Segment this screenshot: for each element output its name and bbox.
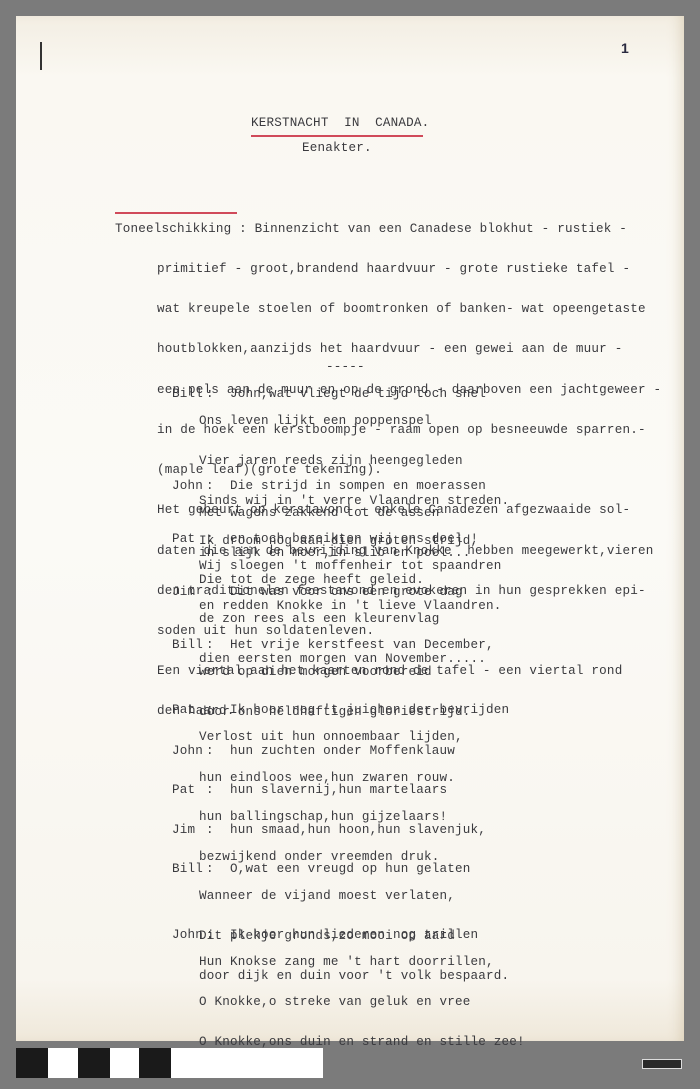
verse-line: Ik hoor hun liederen nog trillen — [230, 928, 478, 942]
verse-line: O,wat een vreugd op hun gelaten — [230, 862, 470, 876]
speaker-name: John — [172, 929, 206, 942]
setting-line: primitief - groot,brandend haardvuur - g… — [115, 263, 661, 276]
calibration-swatch-black — [139, 1048, 171, 1078]
setting-label: Toneelschikking — [115, 222, 231, 236]
section-divider: ----- — [326, 360, 365, 374]
speaker-name: Pat — [172, 704, 206, 717]
verse-line: Die strijd in sompen en moerassen — [230, 479, 486, 493]
setting-line: wat kreupele stoelen of boomtronken of b… — [115, 303, 661, 316]
document-title: KERSTNACHT IN CANADA. — [251, 116, 429, 130]
speaker-name: Bill — [172, 863, 206, 876]
speaker-name: Pat — [172, 784, 206, 797]
speaker-name: John — [172, 745, 206, 758]
verse-line: hun smaad,hun hoon,hun slavenjuk, — [230, 823, 486, 837]
document-subtitle: Eenakter. — [302, 141, 372, 155]
calibration-swatch-white — [171, 1048, 323, 1078]
title-underline — [251, 135, 423, 137]
speaker-name: Bill — [172, 639, 206, 652]
document-page: 1 KERSTNACHT IN CANADA. Eenakter. Toneel… — [16, 16, 684, 1041]
verse-line: Hun Knokse zang me 't hart doorrillen, — [141, 956, 525, 969]
verse-line: hun zuchten onder Moffenklauw — [230, 744, 455, 758]
verse-line: John,wat vliegt de tijd toch snel — [230, 387, 486, 401]
setting-line: houtblokken,aanzijds het haardvuur - een… — [115, 343, 661, 356]
page-number: 1 — [621, 40, 629, 56]
verse-line: Ik hoor nog 't juichen der bevrijden — [230, 703, 509, 717]
calibration-swatch-black — [78, 1048, 110, 1078]
verse-line: de zon rees als een kleurenvlag — [141, 613, 486, 626]
speaker-name: Jim — [172, 824, 206, 837]
speaker-name: Pat — [172, 533, 206, 546]
speaker-name: Bill — [172, 388, 206, 401]
calibration-swatch-white — [110, 1048, 139, 1078]
speaker-name: John — [172, 480, 206, 493]
verse-line: Wij sloegen 't moffenheir tot spaandren — [141, 560, 502, 573]
verse-line: Ons leven lijkt een poppenspel — [141, 415, 509, 428]
verse-line: hun slavernij,hun martelaars — [230, 783, 447, 797]
verse-line: Met wagens zakkend tot de assen — [141, 507, 486, 520]
verse-line: werd op dien morgen voorbereid — [141, 666, 494, 679]
calibration-swatch-white — [48, 1048, 78, 1078]
verse-line: en toch bereikten wij ons doel ! — [230, 532, 478, 546]
verse-line: O Knokke,o streke van geluk en vree — [141, 996, 525, 1009]
archive-label-tag — [642, 1059, 682, 1069]
setting-line: : Binnenzicht van een Canadese blokhut -… — [231, 222, 627, 236]
speaker-name: Jim — [172, 586, 206, 599]
calibration-swatch-black — [16, 1048, 48, 1078]
margin-mark — [40, 42, 42, 70]
verse-line: Dit was voor ons een grote dag — [230, 585, 463, 599]
verse-line: Het vrije kerstfeest van December, — [230, 638, 494, 652]
verse-line: Wanneer de vijand moest verlaten, — [141, 890, 509, 903]
verse-line: O Knokke,ons duin en strand en stille ze… — [141, 1036, 525, 1049]
